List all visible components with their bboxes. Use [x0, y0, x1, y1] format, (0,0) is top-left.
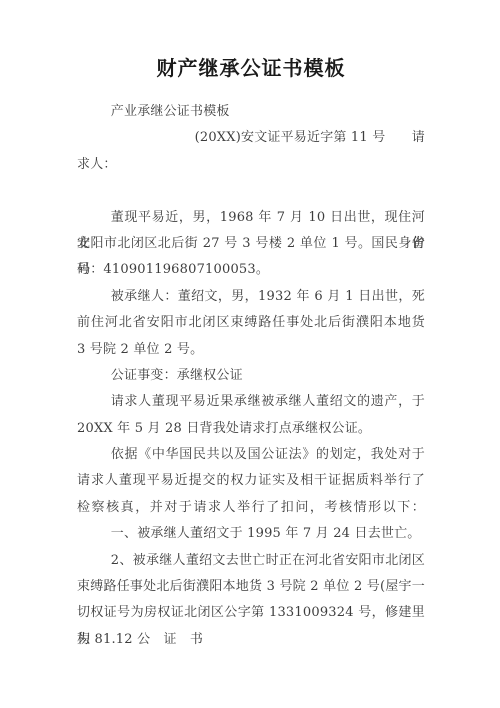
- document-line: 请求人董现平易近果承继被承继人董绍文的遗产，于: [77, 389, 425, 415]
- document-line: 一、被承继人董绍文于 1995 年 7 月 24 日去世亡。: [77, 521, 425, 547]
- document-line: 检察核真，并对于请求人举行了扣问，考核情形以下：: [77, 495, 425, 521]
- document-line: 公证事变：承继权公证: [77, 363, 425, 389]
- blank-line: [77, 178, 425, 204]
- document-line: 安阳市北闭区北后街 27 号 3 号楼 2 单位 1 号。国民身份号: [77, 231, 425, 257]
- document-line: 依据《中华国民共以及国公证法》的划定，我处对于: [77, 442, 425, 468]
- document-line: 被承继人：董绍文，男，1932 年 6 月 1 日出世，死: [77, 284, 425, 310]
- document-line: 3 号院 2 单位 2 号。: [77, 337, 425, 363]
- document-body: 产业承继公证书模板(20XX)安文证平易近字第 11 号 请求人：董现平易近，男…: [77, 99, 425, 653]
- document-page: 财产继承公证书模板 产业承继公证书模板(20XX)安文证平易近字第 11 号 请…: [0, 0, 500, 708]
- document-line: 求人：: [77, 152, 425, 178]
- document-line: 切权证号为房权证北闭区公字第 1331009324 号，修建里积: [77, 600, 425, 626]
- document-title: 财产继承公证书模板: [77, 54, 425, 82]
- document-line: 为 81.12 公 证 书: [77, 627, 425, 653]
- document-line: 前住河北省安阳市北闭区束缚路任事处北后街濮阳本地货: [77, 310, 425, 336]
- document-line: 董现平易近，男，1968 年 7 月 10 日出世，现住河北省: [77, 205, 425, 231]
- document-line: 20XX 年 5 月 28 日背我处请求打点承继权公证。: [77, 416, 425, 442]
- document-line: 码：410901196807100053。: [77, 257, 425, 283]
- document-line: 束缚路任事处北后街濮阳本地货 3 号院 2 单位 2 号(屋宇一: [77, 574, 425, 600]
- document-line: 2、被承继人董绍文去世亡时正在河北省安阳市北闭区: [77, 548, 425, 574]
- document-line: 请求人董现平易近提交的权力证实及相干证据质料举行了: [77, 468, 425, 494]
- document-line: 产业承继公证书模板: [77, 99, 425, 125]
- document-line: (20XX)安文证平易近字第 11 号 请: [77, 125, 425, 151]
